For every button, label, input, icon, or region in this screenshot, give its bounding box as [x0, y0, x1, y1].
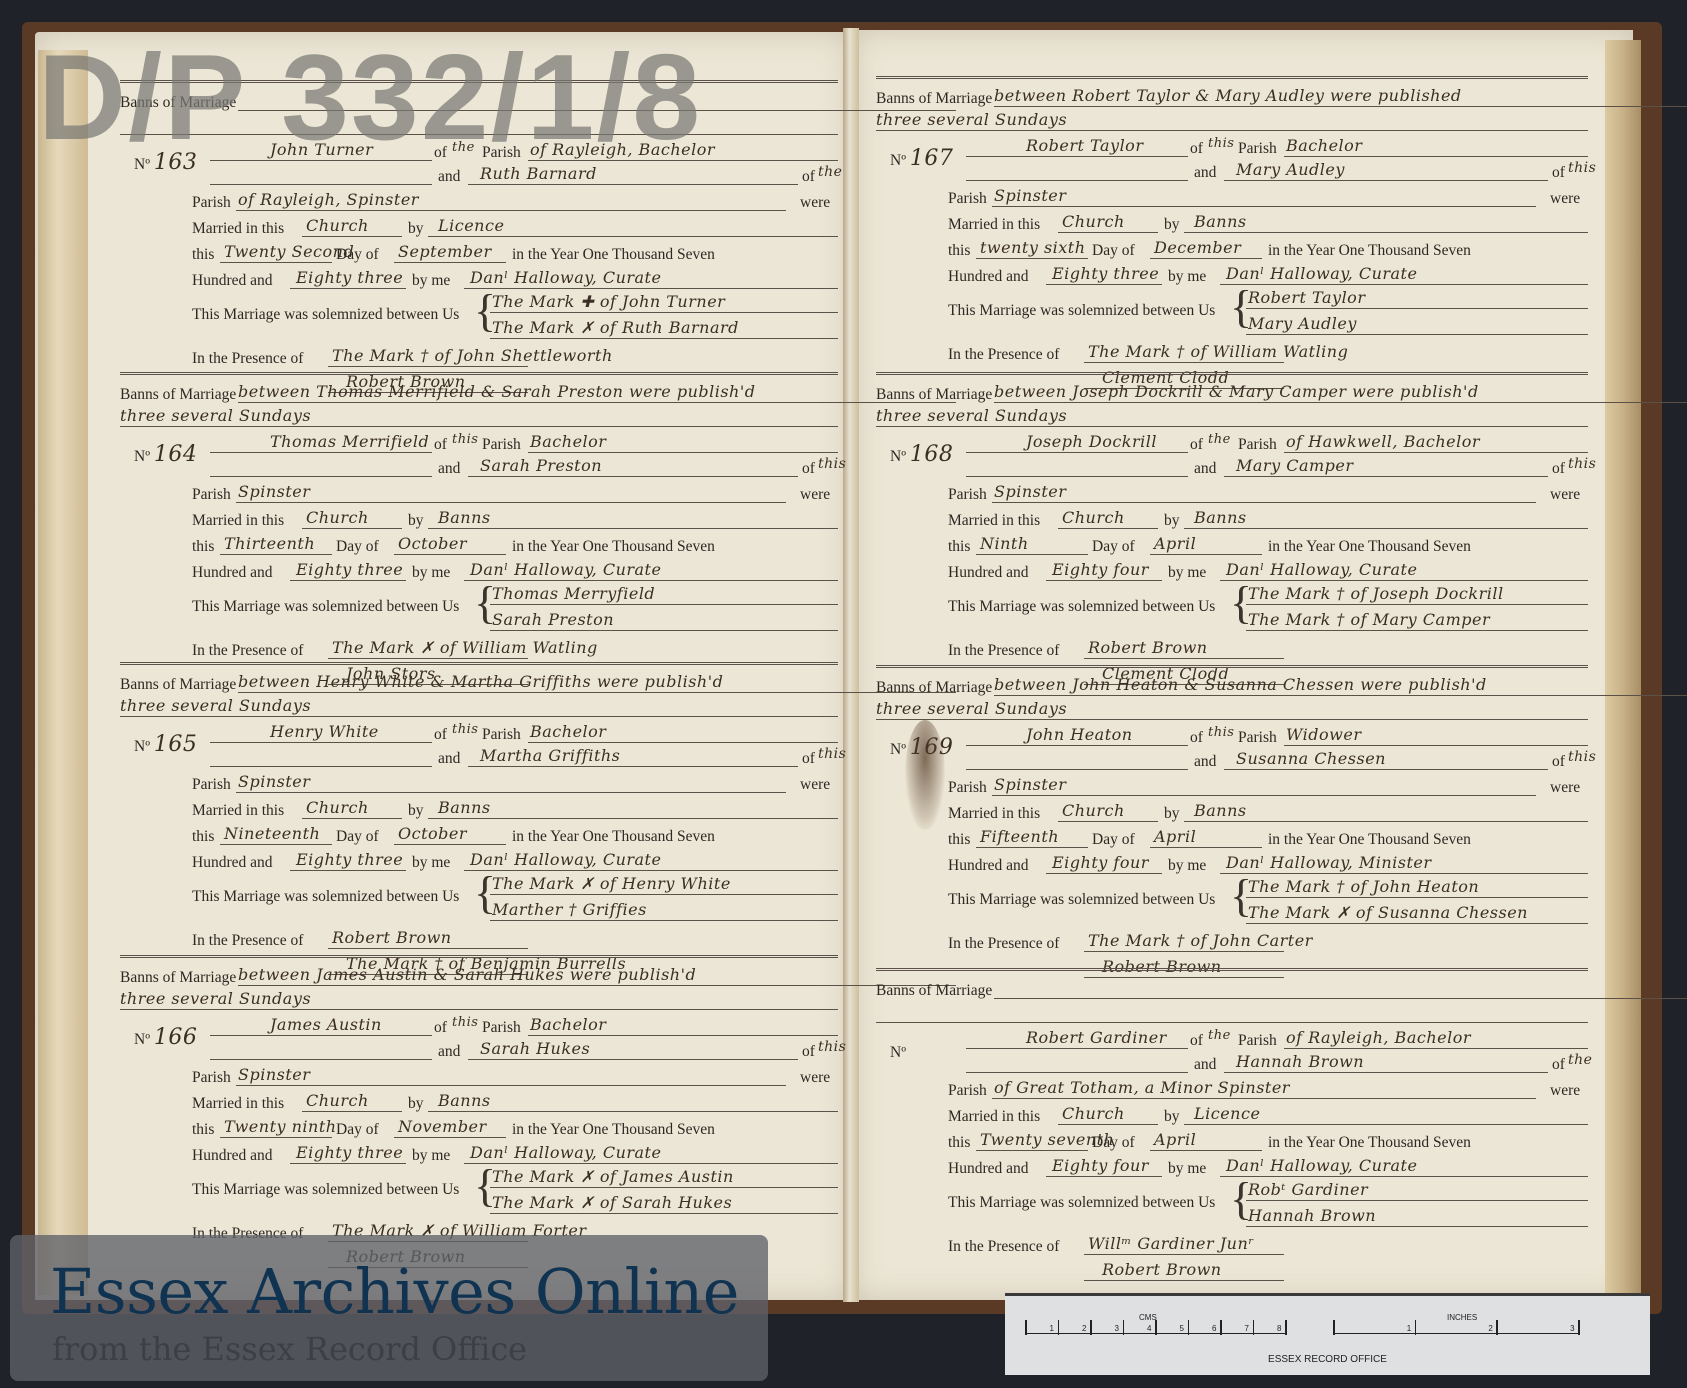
of-label: of	[1552, 164, 1565, 182]
year-phrase: in the Year One Thousand Seven	[1268, 242, 1471, 260]
officiant: Danˡ Halloway, Minister	[1226, 853, 1432, 872]
groom-parish-status: of Rayleigh, Bachelor	[1286, 1028, 1471, 1047]
inch-tick	[1496, 1320, 1498, 1335]
inch-tick	[1415, 1320, 1417, 1335]
groom-name: Joseph Dockrill	[1026, 432, 1157, 451]
solemnized-label: This Marriage was solemnized between Us	[948, 891, 1215, 909]
hundred-and-label: Hundred and	[192, 272, 273, 290]
this-label: this	[192, 246, 214, 264]
ruled-line	[490, 312, 838, 313]
solemnized-label: This Marriage was solemnized between Us	[192, 888, 459, 906]
parish-label: Parish	[482, 436, 521, 454]
year-phrase: in the Year One Thousand Seven	[512, 1121, 715, 1139]
this-label: this	[948, 538, 970, 556]
inch-tick-label: 2	[1488, 1324, 1492, 1374]
hundred-and-label: Hundred and	[948, 268, 1029, 286]
ruled-line	[1150, 1150, 1262, 1151]
ruled-line	[1246, 334, 1588, 335]
ruled-line	[236, 502, 786, 503]
groom-of: the	[1208, 1028, 1231, 1043]
ruled-line	[1284, 1048, 1588, 1049]
signature-1: Thomas Merryfield	[492, 584, 655, 603]
and-label: and	[438, 168, 460, 186]
were-label: were	[800, 194, 830, 212]
and-label: and	[438, 1043, 460, 1061]
ruled-line	[490, 894, 838, 895]
were-label: were	[1550, 486, 1580, 504]
cm-tick	[1058, 1320, 1060, 1335]
ruled-line	[994, 402, 1687, 403]
ruled-line	[220, 844, 332, 845]
parish-label: Parish	[192, 776, 231, 794]
entry-number: 164	[154, 442, 198, 467]
cm-tick	[1090, 1320, 1092, 1335]
parish-label: Parish	[948, 486, 987, 504]
bride-of: this	[818, 456, 846, 472]
entry-number: 168	[910, 442, 954, 467]
ruled-line	[966, 1048, 1188, 1049]
by-me-label: by me	[1168, 268, 1206, 286]
ruled-line	[464, 1163, 838, 1164]
groom-name: Robert Gardiner	[1026, 1028, 1167, 1047]
ruled-line	[468, 1059, 798, 1060]
ruled-line	[876, 719, 1588, 720]
signature-2: Mary Audley	[1248, 314, 1357, 333]
signature-1: The Mark ✗ of James Austin	[492, 1167, 734, 1186]
bride-name: Mary Camper	[1236, 456, 1354, 475]
this-label: this	[192, 1121, 214, 1139]
married-label: Married in this	[948, 512, 1040, 530]
ruled-line	[976, 258, 1088, 259]
cm-tick-label: 8	[1277, 1324, 1281, 1374]
banns-text-line1: between John Heaton & Susanna Chessen we…	[994, 675, 1487, 694]
ruled-line	[1084, 951, 1284, 952]
banns-text-line2: three several Sundays	[120, 406, 311, 425]
bride-parish-status: Spinster	[238, 772, 310, 791]
presence-label: In the Presence of	[948, 1238, 1059, 1256]
ruled-line	[210, 766, 432, 767]
ruled-line	[238, 985, 956, 986]
ruled-line	[1246, 630, 1588, 631]
ruled-line	[992, 206, 1536, 207]
bride-of: this	[818, 1039, 846, 1055]
by-label: by	[408, 802, 424, 820]
day-of-label: Day of	[1092, 1134, 1135, 1152]
day: Twenty ninth	[224, 1117, 337, 1136]
bride-of: this	[818, 746, 846, 762]
ruled-line	[876, 372, 1588, 375]
ruled-line	[220, 262, 332, 263]
parish-label: Parish	[1238, 1032, 1277, 1050]
and-label: and	[1194, 460, 1216, 478]
year-phrase: in the Year One Thousand Seven	[512, 828, 715, 846]
married-label: Married in this	[192, 1095, 284, 1113]
parish-label: Parish	[482, 1019, 521, 1037]
year-word: Eighty three	[296, 560, 403, 579]
of-label: of	[434, 436, 447, 454]
ruled-line	[1184, 1124, 1588, 1125]
of-label: of	[434, 1019, 447, 1037]
ruled-line	[876, 1022, 1588, 1023]
parish-label: Parish	[1238, 436, 1277, 454]
ruled-line	[1246, 923, 1588, 924]
solemnized-label: This Marriage was solemnized between Us	[192, 1181, 459, 1199]
bride-parish-status: of Great Totham, a Minor Spinster	[994, 1078, 1290, 1097]
ruled-line	[528, 742, 838, 743]
banns-text-line1: between Joseph Dockrill & Mary Camper we…	[994, 382, 1479, 401]
cm-tick-label: 7	[1245, 1324, 1249, 1374]
day: twenty sixth	[980, 238, 1086, 257]
by-label: by	[1164, 805, 1180, 823]
this-label: this	[948, 1134, 970, 1152]
were-label: were	[1550, 779, 1580, 797]
ruler-zero-tick	[1333, 1320, 1335, 1335]
signature-1: The Mark † of John Heaton	[1248, 877, 1479, 896]
ruled-line	[1058, 528, 1158, 529]
ruled-line	[210, 476, 432, 477]
parish-label: Parish	[482, 726, 521, 744]
day-of-label: Day of	[336, 246, 379, 264]
ink-stain	[905, 720, 945, 830]
groom-parish-status: Widower	[1286, 725, 1361, 744]
ruled-line	[490, 920, 838, 921]
hundred-and-label: Hundred and	[948, 564, 1029, 582]
ruled-line	[236, 1085, 786, 1086]
cm-tick	[1123, 1320, 1125, 1335]
day-of-label: Day of	[1092, 831, 1135, 849]
solemnized-label: This Marriage was solemnized between Us	[192, 598, 459, 616]
witness-1: Willᵐ Gardiner Junʳ	[1088, 1234, 1254, 1253]
ruled-line	[1220, 284, 1588, 285]
this-label: this	[192, 538, 214, 556]
ruled-line	[210, 742, 432, 743]
by-label: by	[1164, 216, 1180, 234]
ruled-line	[210, 452, 432, 453]
ruled-line	[464, 288, 838, 289]
ruled-line	[1246, 604, 1588, 605]
presence-label: In the Presence of	[948, 935, 1059, 953]
bride-parish-status: Spinster	[994, 775, 1066, 794]
this-label: this	[948, 831, 970, 849]
banns-text-line2: three several Sundays	[876, 699, 1067, 718]
book-spine-gutter	[843, 28, 859, 1302]
ruled-line	[120, 955, 838, 958]
cm-tick	[1188, 1320, 1190, 1335]
cm-tick-label: 6	[1212, 1324, 1216, 1374]
ruled-line	[238, 402, 956, 403]
ruled-line	[236, 792, 786, 793]
day-of-label: Day of	[336, 1121, 379, 1139]
banns-text-line1: between Robert Taylor & Mary Audley were…	[994, 86, 1462, 105]
by-me-label: by me	[412, 564, 450, 582]
married-label: Married in this	[948, 1108, 1040, 1126]
ruled-line	[428, 236, 838, 237]
ruled-line	[876, 130, 1588, 131]
groom-name: Robert Taylor	[1026, 136, 1143, 155]
ruled-line	[1284, 452, 1588, 453]
month: April	[1154, 1130, 1196, 1149]
ruled-line	[210, 1035, 432, 1036]
banns-label: Banns of Marriage	[120, 969, 236, 987]
banns-text-line1: between James Austin & Sarah Hukes were …	[238, 965, 696, 984]
ruled-line	[1058, 232, 1158, 233]
year-word: Eighty three	[296, 1143, 403, 1162]
signature-1: The Mark ✚ of John Turner	[492, 292, 725, 311]
witness-1: Robert Brown	[332, 928, 452, 947]
married-by: Banns	[438, 1091, 491, 1110]
month: April	[1154, 827, 1196, 846]
bride-of: this	[1568, 456, 1596, 472]
ruled-line	[302, 818, 402, 819]
bride-parish-status: Spinster	[994, 186, 1066, 205]
and-label: and	[1194, 753, 1216, 771]
married-label: Married in this	[192, 802, 284, 820]
banns-label: Banns of Marriage	[876, 386, 992, 404]
year-phrase: in the Year One Thousand Seven	[1268, 831, 1471, 849]
bride-name: Martha Griffiths	[480, 746, 620, 765]
day-of-label: Day of	[336, 828, 379, 846]
signature-1: Robᵗ Gardiner	[1248, 1180, 1368, 1199]
married-label: Married in this	[948, 805, 1040, 823]
cm-tick	[1253, 1320, 1255, 1335]
witness-1: Robert Brown	[1088, 638, 1208, 657]
ruled-line	[120, 662, 838, 665]
this-label: this	[192, 828, 214, 846]
archive-watermark: Essex Archives Online from the Essex Rec…	[10, 1235, 768, 1381]
groom-parish-status: Bachelor	[1286, 136, 1362, 155]
ruled-line	[1084, 362, 1284, 363]
witness-1: The Mark ✗ of William Watling	[332, 638, 598, 657]
ruled-line	[976, 847, 1088, 848]
ruled-line	[966, 745, 1188, 746]
by-label: by	[408, 512, 424, 530]
ruled-line	[976, 554, 1088, 555]
were-label: were	[1550, 190, 1580, 208]
signature-2: The Mark ✗ of Ruth Barnard	[492, 318, 739, 337]
ruled-line	[220, 1137, 332, 1138]
ruled-line	[992, 502, 1536, 503]
ruled-line	[1046, 1176, 1162, 1177]
entry-number-label: Nº 165	[134, 732, 197, 757]
ruled-line	[428, 818, 838, 819]
cm-tick	[1155, 1320, 1157, 1335]
scale-ruler: CMS INCHES 12345678123 ESSEX RECORD OFFI…	[1005, 1293, 1650, 1375]
officiant: Danˡ Halloway, Curate	[470, 268, 661, 287]
by-label: by	[1164, 1108, 1180, 1126]
year-word: Eighty four	[1052, 1156, 1149, 1175]
document-reference: D/P 332/1/8	[38, 36, 702, 158]
ruled-line	[120, 716, 838, 717]
presence-label: In the Presence of	[192, 642, 303, 660]
ruled-line	[1246, 1200, 1588, 1201]
ruled-line	[1220, 873, 1588, 874]
ruled-line	[120, 426, 838, 427]
ruled-line	[468, 184, 798, 185]
by-me-label: by me	[412, 854, 450, 872]
ruled-line	[236, 210, 786, 211]
bride-of: the	[818, 164, 842, 180]
ruled-line	[290, 580, 406, 581]
inches-label: INCHES	[1447, 1313, 1477, 1322]
ruled-line	[994, 106, 1687, 107]
witness-2: Robert Brown	[1102, 1260, 1222, 1279]
ruled-line	[468, 476, 798, 477]
signature-1: The Mark ✗ of Henry White	[492, 874, 731, 893]
ruled-line	[1046, 284, 1162, 285]
ruled-line	[876, 665, 1588, 668]
month: October	[398, 824, 467, 843]
signature-2: Hannah Brown	[1248, 1206, 1376, 1225]
entry-number-label: Nº 166	[134, 1025, 197, 1050]
ruled-line	[290, 1163, 406, 1164]
ruled-line	[876, 426, 1588, 427]
married-by: Banns	[438, 508, 491, 527]
entry-number: 167	[910, 146, 954, 171]
right-page-edges	[1605, 40, 1641, 1295]
banns-label: Banns of Marriage	[120, 386, 236, 404]
parish-label: Parish	[948, 190, 987, 208]
groom-of: this	[452, 722, 478, 737]
by-me-label: by me	[412, 272, 450, 290]
bride-parish-status: Spinster	[238, 1065, 310, 1084]
cm-tick-label: 1	[1050, 1324, 1054, 1374]
year-phrase: in the Year One Thousand Seven	[1268, 538, 1471, 556]
year-phrase: in the Year One Thousand Seven	[1268, 1134, 1471, 1152]
year-word: Eighty three	[1052, 264, 1159, 283]
banns-label: Banns of Marriage	[876, 679, 992, 697]
signature-2: The Mark † of Mary Camper	[1248, 610, 1490, 629]
left-page-edges	[38, 50, 88, 1295]
married-by: Banns	[1194, 801, 1247, 820]
and-label: and	[1194, 1056, 1216, 1074]
cm-tick	[1285, 1320, 1287, 1335]
inch-tick-label: 3	[1570, 1324, 1574, 1374]
were-label: were	[800, 1069, 830, 1087]
ruled-line	[210, 184, 432, 185]
officiant: Danˡ Halloway, Curate	[470, 850, 661, 869]
ruled-line	[328, 658, 528, 659]
hundred-and-label: Hundred and	[192, 854, 273, 872]
signature-1: The Mark † of Joseph Dockrill	[1248, 584, 1504, 603]
of-label: of	[802, 1043, 815, 1061]
of-label: of	[434, 726, 447, 744]
year-word: Eighty three	[296, 268, 403, 287]
married-label: Married in this	[192, 220, 284, 238]
were-label: were	[800, 776, 830, 794]
place: Church	[1062, 508, 1125, 527]
presence-label: In the Presence of	[948, 642, 1059, 660]
parish-label: Parish	[192, 1069, 231, 1087]
cm-tick-label: 2	[1082, 1324, 1086, 1374]
of-label: of	[1190, 436, 1203, 454]
of-label: of	[1190, 729, 1203, 747]
ruled-line	[1084, 1254, 1284, 1255]
ruled-line	[1184, 232, 1588, 233]
ruled-line	[394, 1137, 506, 1138]
ruled-line	[120, 1009, 838, 1010]
parish-label: Parish	[192, 486, 231, 504]
day: Thirteenth	[224, 534, 315, 553]
ruled-line	[1224, 769, 1548, 770]
year-phrase: in the Year One Thousand Seven	[512, 246, 715, 264]
ruled-line	[1046, 580, 1162, 581]
bride-name: Sarah Hukes	[480, 1039, 590, 1058]
ruled-line	[1184, 821, 1588, 822]
hundred-and-label: Hundred and	[948, 857, 1029, 875]
entry-number-label: Nº	[890, 1038, 906, 1063]
ruled-line	[1084, 977, 1284, 978]
groom-name: Henry White	[270, 722, 379, 741]
banns-text-line2: three several Sundays	[876, 110, 1067, 129]
ruled-line	[428, 1111, 838, 1112]
groom-of: this	[452, 432, 478, 447]
bride-name: Ruth Barnard	[480, 164, 597, 183]
solemnized-label: This Marriage was solemnized between Us	[948, 598, 1215, 616]
of-label: of	[802, 460, 815, 478]
ruled-line	[1246, 1226, 1588, 1227]
of-label: of	[1190, 1032, 1203, 1050]
by-me-label: by me	[1168, 857, 1206, 875]
of-label: of	[802, 168, 815, 186]
of-label: of	[1552, 1056, 1565, 1074]
ruled-line	[994, 695, 1687, 696]
ruled-line	[1150, 847, 1262, 848]
groom-of: the	[1208, 432, 1231, 447]
place: Church	[1062, 212, 1125, 231]
by-label: by	[408, 220, 424, 238]
banns-label: Banns of Marriage	[120, 676, 236, 694]
groom-parish-status: Bachelor	[530, 432, 606, 451]
ruled-line	[992, 795, 1536, 796]
place: Church	[306, 1091, 369, 1110]
bride-of: this	[1568, 160, 1596, 176]
cm-tick	[1220, 1320, 1222, 1335]
ruled-line	[490, 604, 838, 605]
parish-label: Parish	[1238, 140, 1277, 158]
banns-text-line1: between Henry White & Martha Griffiths w…	[238, 672, 723, 691]
parish-label: Parish	[948, 1082, 987, 1100]
witness-1: The Mark † of William Watling	[1088, 342, 1348, 361]
solemnized-label: This Marriage was solemnized between Us	[948, 1194, 1215, 1212]
ruled-line	[966, 769, 1188, 770]
groom-parish-status: Bachelor	[530, 1015, 606, 1034]
solemnized-label: This Marriage was solemnized between Us	[192, 306, 459, 324]
cm-tick-label: 4	[1147, 1324, 1151, 1374]
ruled-line	[1046, 873, 1162, 874]
place: Church	[1062, 801, 1125, 820]
month: April	[1154, 534, 1196, 553]
banns-label: Banns of Marriage	[876, 90, 992, 108]
ruled-line	[290, 288, 406, 289]
ruled-line	[302, 1111, 402, 1112]
ruled-line	[468, 766, 798, 767]
ruled-line	[394, 554, 506, 555]
ruled-line	[1224, 180, 1548, 181]
ruled-line	[464, 580, 838, 581]
bride-name: Susanna Chessen	[1236, 749, 1386, 768]
married-by: Licence	[438, 216, 504, 235]
parish-label: Parish	[1238, 729, 1277, 747]
ruled-line	[876, 968, 1588, 971]
parish-label: Parish	[948, 779, 987, 797]
bride-parish-status: Spinster	[994, 482, 1066, 501]
were-label: were	[1550, 1082, 1580, 1100]
day-of-label: Day of	[1092, 538, 1135, 556]
groom-name: Thomas Merrifield	[270, 432, 429, 451]
inches-scale	[1333, 1324, 1578, 1334]
ruled-line	[428, 528, 838, 529]
ruled-line	[302, 528, 402, 529]
